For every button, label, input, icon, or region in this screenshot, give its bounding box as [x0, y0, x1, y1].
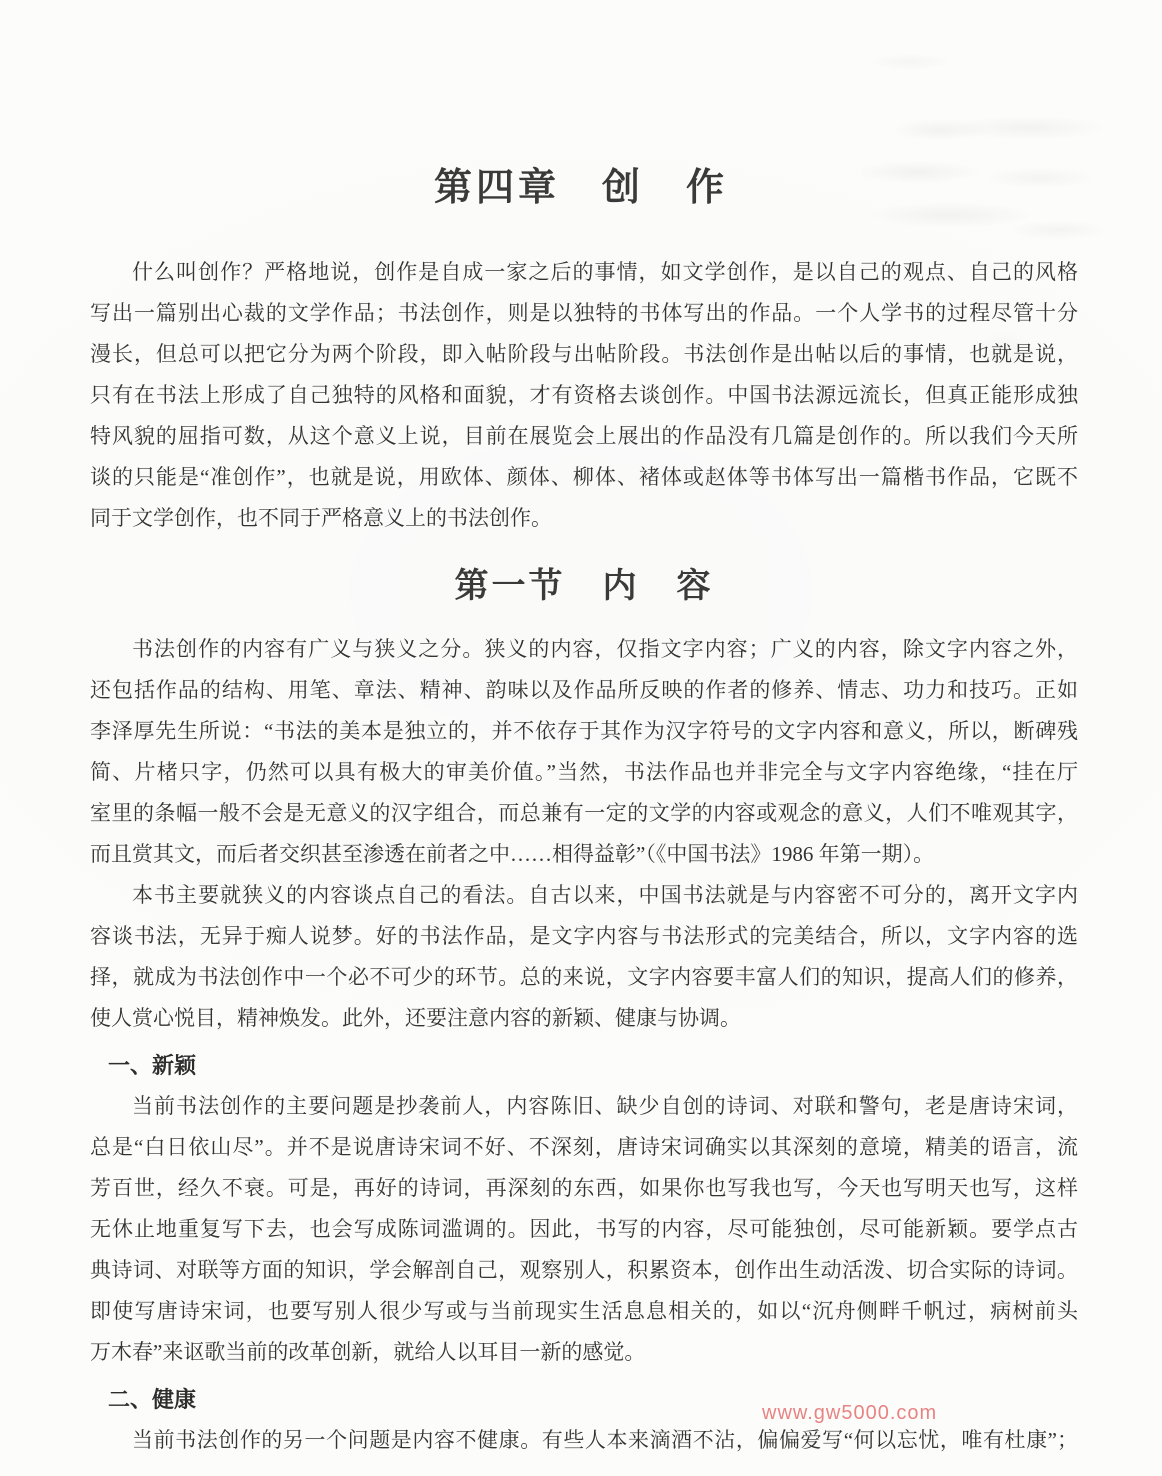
paragraph: 当前书法创作的主要问题是抄袭前人，内容陈旧、缺少自创的诗词、对联和警句，老是唐诗… — [90, 1086, 1078, 1373]
paragraph: 书法创作的内容有广义与狭义之分。狭义的内容，仅指文字内容；广义的内容，除文字内容… — [90, 629, 1078, 875]
text-line: 书法创作的内容有广义与狭义之分。狭义的内容，仅指文字内容；广义的内容，除文字内容… — [90, 629, 1078, 670]
sub-heading: 二、健康 — [90, 1379, 1078, 1420]
book-page: 第四章 创 作 什么叫创作？严格地说，创作是自成一家之后的事情，如文学创作，是以… — [0, 0, 1162, 1476]
page-content: 什么叫创作？严格地说，创作是自成一家之后的事情，如文学创作，是以自己的观点、自己… — [0, 252, 1162, 1461]
text-line: 无休止地重复写下去，也会写成陈词滥调的。因此，书写的内容，尽可能独创，尽可能新颖… — [90, 1209, 1078, 1250]
section-title: 第一节 内 容 — [90, 565, 1078, 609]
text-line: 室里的条幅一般不会是无意义的汉字组合，而总兼有一定的文学的内容或观念的意义，人们… — [90, 793, 1078, 834]
text-line: 李泽厚先生所说：“书法的美本是独立的，并不依存于其作为汉字符号的文字内容和意义，… — [90, 711, 1078, 752]
text-line: 同于文学创作，也不同于严格意义上的书法创作。 — [90, 498, 1078, 539]
text-line: 使人赏心悦目，精神焕发。此外，还要注意内容的新颖、健康与协调。 — [90, 998, 1078, 1039]
text-line: 万木春”来讴歌当前的改革创新，就给人以耳目一新的感觉。 — [90, 1332, 1078, 1373]
sub-heading: 一、新颖 — [90, 1045, 1078, 1086]
text-line: 本书主要就狭义的内容谈点自己的看法。自古以来，中国书法就是与内容密不可分的，离开… — [90, 875, 1078, 916]
paragraph: 当前书法创作的另一个问题是内容不健康。有些人本来滴酒不沾，偏偏爱写“何以忘忧，唯… — [90, 1420, 1078, 1461]
text-line: 总是“白日依山尽”。并不是说唐诗宋词不好、不深刻，唐诗宋词确实以其深刻的意境，精… — [90, 1127, 1078, 1168]
text-line: 只有在书法上形成了自己独特的风格和面貌，才有资格去谈创作。中国书法源远流长，但真… — [90, 375, 1078, 416]
text-line: 当前书法创作的主要问题是抄袭前人，内容陈旧、缺少自创的诗词、对联和警句，老是唐诗… — [90, 1086, 1078, 1127]
text-line: 还包括作品的结构、用笔、章法、精神、韵味以及作品所反映的作者的修养、情志、功力和… — [90, 670, 1078, 711]
text-line: 即使写唐诗宋词，也要写别人很少写或与当前现实生活息息相关的，如以“沉舟侧畔千帆过… — [90, 1291, 1078, 1332]
text-line: 特风貌的屈指可数，从这个意义上说，目前在展览会上展出的作品没有几篇是创作的。所以… — [90, 416, 1078, 457]
text-line: 容谈书法，无异于痴人说梦。好的书法作品，是文字内容与书法形式的完美结合，所以，文… — [90, 916, 1078, 957]
text-line: 芳百世，经久不衰。可是，再好的诗词，再深刻的东西，如果你也写我也写，今天也写明天… — [90, 1168, 1078, 1209]
text-line: 而且赏其文，而后者交织甚至渗透在前者之中……相得益彰”（《中国书法》1986 年… — [90, 834, 1078, 875]
chapter-title: 第四章 创 作 — [0, 0, 1162, 208]
text-line: 谈的只能是“准创作”，也就是说，用欧体、颜体、柳体、褚体或赵体等书体写出一篇楷书… — [90, 457, 1078, 498]
text-line: 写出一篇别出心裁的文学作品；书法创作，则是以独特的书体写出的作品。一个人学书的过… — [90, 293, 1078, 334]
text-line: 择，就成为书法创作中一个必不可少的环节。总的来说，文字内容要丰富人们的知识，提高… — [90, 957, 1078, 998]
text-line: 当前书法创作的另一个问题是内容不健康。有些人本来滴酒不沾，偏偏爱写“何以忘忧，唯… — [90, 1420, 1078, 1461]
paragraph: 什么叫创作？严格地说，创作是自成一家之后的事情，如文学创作，是以自己的观点、自己… — [90, 252, 1078, 539]
text-line: 典诗词、对联等方面的知识，学会解剖自己，观察别人，积累资本，创作出生动活泼、切合… — [90, 1250, 1078, 1291]
text-line: 简、片楮只字，仍然可以具有极大的审美价值。”当然，书法作品也并非完全与文字内容绝… — [90, 752, 1078, 793]
text-line: 漫长，但总可以把它分为两个阶段，即入帖阶段与出帖阶段。书法创作是出帖以后的事情，… — [90, 334, 1078, 375]
text-line: 什么叫创作？严格地说，创作是自成一家之后的事情，如文学创作，是以自己的观点、自己… — [90, 252, 1078, 293]
paragraph: 本书主要就狭义的内容谈点自己的看法。自古以来，中国书法就是与内容密不可分的，离开… — [90, 875, 1078, 1039]
